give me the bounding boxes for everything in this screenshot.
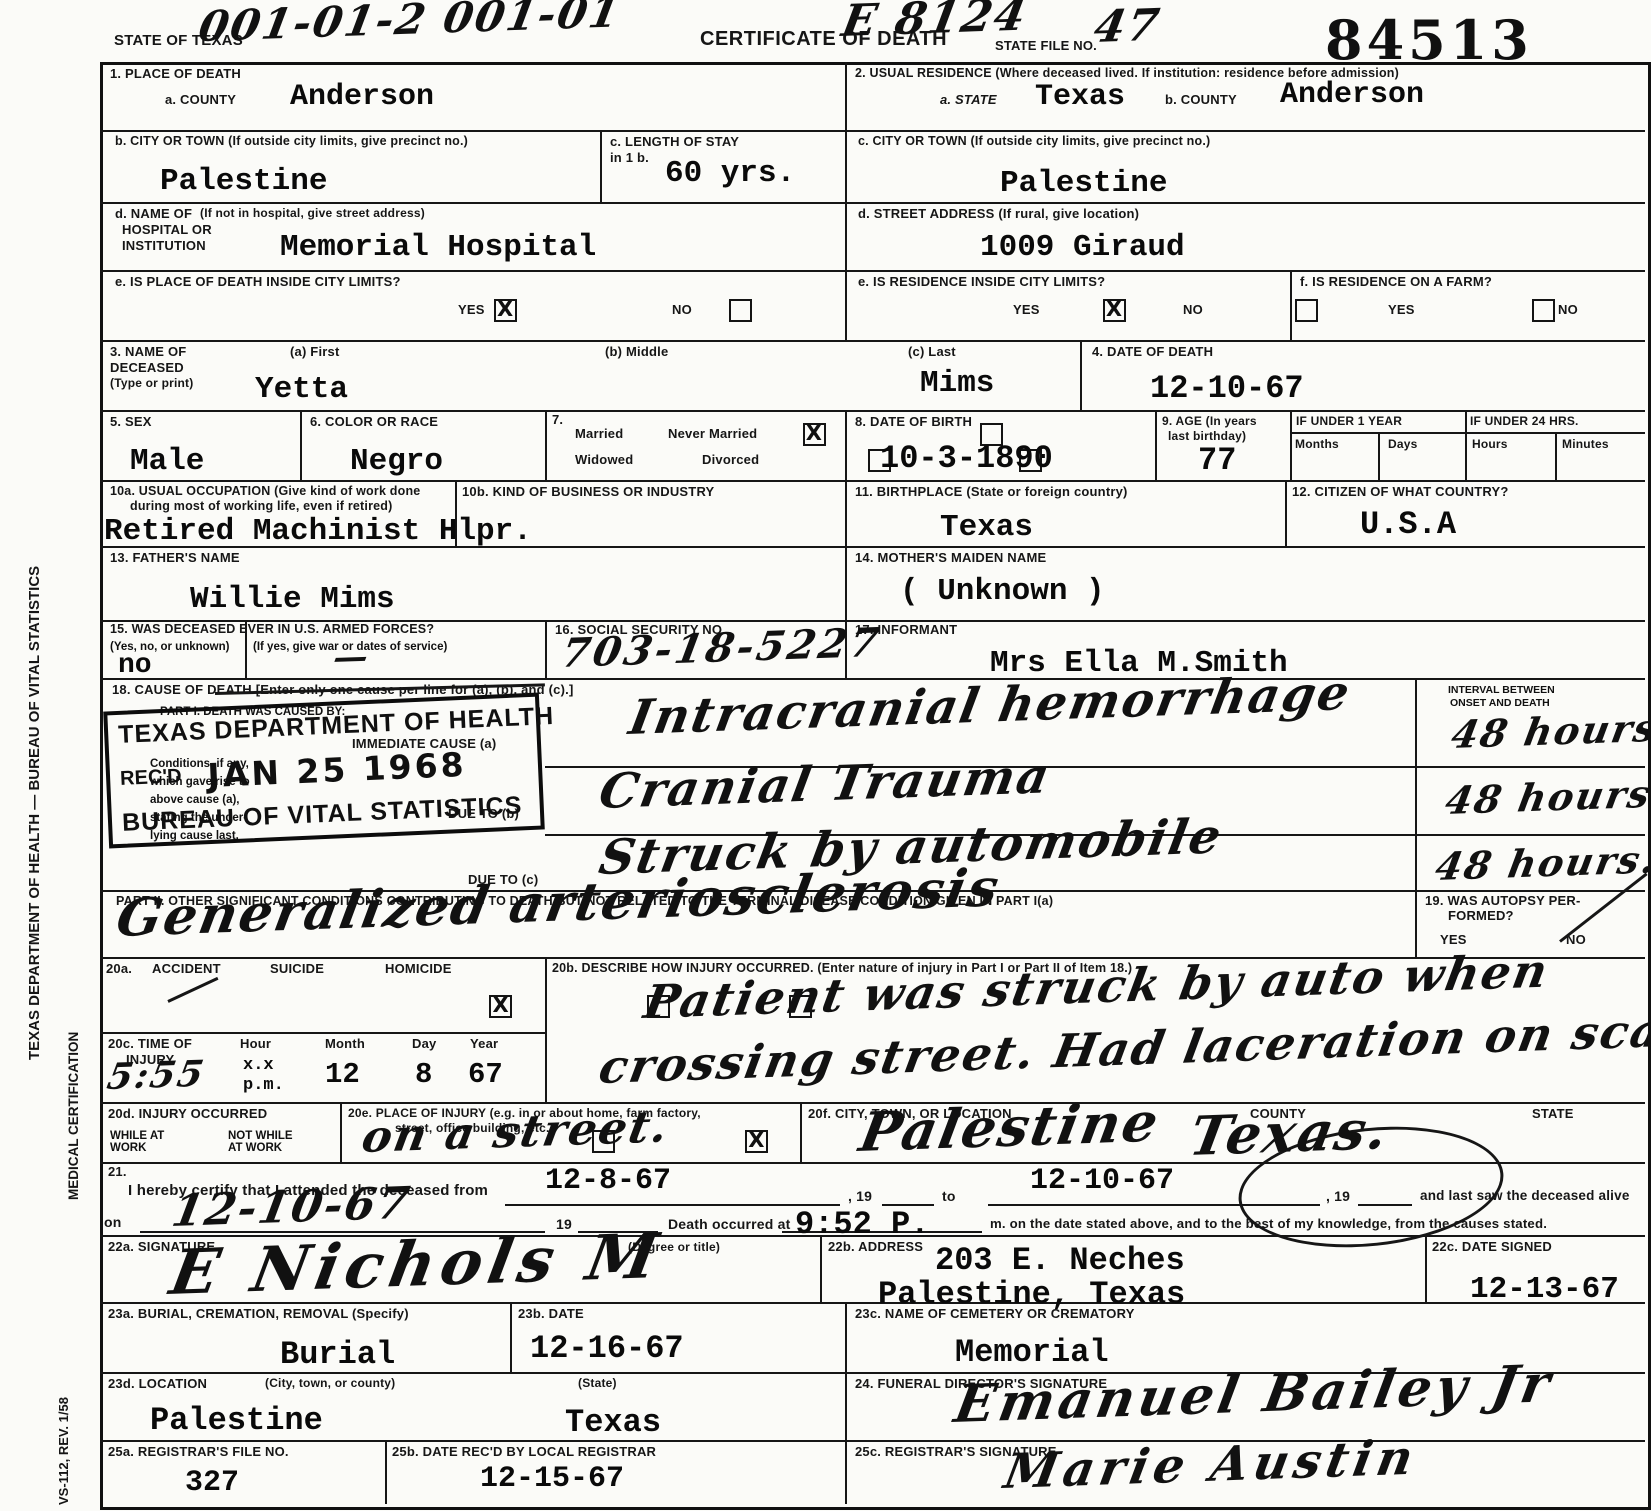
residence-limits-no-checkbox: [1295, 299, 1318, 322]
accident-checkbox: X: [489, 995, 512, 1018]
if-under-1-year-label: IF UNDER 1 YEAR: [1296, 414, 1402, 428]
age-label: 9. AGE (In years: [1162, 414, 1257, 428]
date-of-death-label: 4. DATE OF DEATH: [1092, 344, 1213, 359]
burial-location-label: 23d. LOCATION: [108, 1376, 207, 1391]
stamp-line-1: TEXAS DEPARTMENT OF HEALTH: [118, 703, 527, 750]
day-label: Day: [412, 1036, 436, 1051]
married-label: Married: [575, 426, 623, 441]
margin-department-text: TEXAS DEPARTMENT OF HEALTH — BUREAU OF V…: [26, 180, 43, 1060]
while-at-work-label-2: WORK: [110, 1142, 146, 1154]
stamp-line-2: BUREAU OF VITAL STATISTICS: [121, 791, 530, 838]
occupation-label-2: during most of working life, even if ret…: [130, 499, 393, 513]
autopsy-label-2: FORMED?: [1448, 908, 1514, 923]
registrar-file-value: 327: [185, 1466, 239, 1500]
farm-label: f. IS RESIDENCE ON A FARM?: [1300, 274, 1492, 289]
death-limits-no-checkbox: [729, 299, 752, 322]
injury-state-label: STATE: [1532, 1106, 1574, 1121]
death-certificate: TEXAS DEPARTMENT OF HEALTH — BUREAU OF V…: [0, 0, 1651, 1511]
fathers-name-value: Willie Mims: [190, 582, 395, 617]
burial-label: 23a. BURIAL, CREMATION, REMOVAL (Specify…: [108, 1306, 409, 1321]
death-city-label: b. CITY OR TOWN (If outside city limits,…: [115, 134, 468, 148]
injury-day-value: 8: [415, 1058, 432, 1091]
certify-on: on: [104, 1214, 122, 1230]
time-of-injury-value: 5:55: [104, 1053, 209, 1098]
months-label: Months: [1295, 437, 1339, 451]
mothers-maiden-name-value: ( Unknown ): [900, 574, 1105, 609]
name-of-deceased-label: 3. NAME OF: [110, 344, 186, 359]
farm-yes-label: YES: [1388, 302, 1415, 317]
name-of-deceased-label-2: DECEASED: [110, 360, 184, 375]
residence-limits-yes-checkbox: X: [1103, 299, 1126, 322]
date-signed-value: 12-13-67: [1470, 1272, 1619, 1307]
certify-to: to: [942, 1188, 956, 1204]
residence-state-value: Texas: [1035, 80, 1125, 114]
registrar-file-label: 25a. REGISTRAR'S FILE NO.: [108, 1444, 289, 1459]
not-while-at-work-checkbox: X: [745, 1130, 768, 1153]
burial-location-city-sublabel: (City, town, or county): [265, 1376, 395, 1390]
business-industry-label: 10b. KIND OF BUSINESS OR INDUSTRY: [462, 484, 714, 499]
fathers-name-label: 13. FATHER'S NAME: [110, 550, 240, 565]
divorced-label: Divorced: [702, 452, 759, 467]
hour-label: Hour: [240, 1036, 271, 1051]
registration-codes-handwritten: 001-01-2 001-01: [195, 0, 625, 51]
mothers-maiden-name-label: 14. MOTHER'S MAIDEN NAME: [855, 550, 1046, 565]
suicide-label: SUICIDE: [270, 961, 324, 976]
certify-text-3: Death occurred at: [668, 1216, 790, 1232]
married-checkbox: X: [803, 423, 826, 446]
citizen-label: 12. CITIZEN OF WHAT COUNTRY?: [1292, 484, 1508, 499]
residence-limits-yes-label: YES: [1013, 302, 1040, 317]
residence-city-label: c. CITY OR TOWN (If outside city limits,…: [858, 134, 1210, 148]
burial-location-state-value: Texas: [565, 1404, 661, 1441]
street-address-label: d. STREET ADDRESS (If rural, give locati…: [858, 206, 1139, 221]
address-value-1: 203 E. Neches: [935, 1242, 1185, 1279]
pm-label: p.m.: [243, 1076, 284, 1095]
stamp-date: JAN 25 1968: [207, 745, 468, 795]
am-struck-value: x.x: [243, 1056, 274, 1075]
hospital-name-label: d. NAME OF: [115, 206, 192, 221]
residence-limits-label: e. IS RESIDENCE INSIDE CITY LIMITS?: [858, 274, 1105, 289]
death-limits-no-label: NO: [672, 302, 692, 317]
date-signed-label: 22c. DATE SIGNED: [1432, 1239, 1552, 1254]
not-while-at-work-label-1: NOT WHILE: [228, 1130, 293, 1142]
middle-name-label: (b) Middle: [605, 344, 668, 359]
residence-city-value: Palestine: [1000, 166, 1167, 201]
birthplace-label: 11. BIRTHPLACE (State or foreign country…: [855, 484, 1128, 499]
residence-state-label: a. STATE: [940, 92, 997, 107]
accident-label: ACCIDENT: [152, 961, 221, 976]
burial-location-state-sublabel: (State): [578, 1376, 617, 1390]
certify-number: 21.: [108, 1164, 127, 1179]
occupation-value: Retired Machinist Hlpr.: [104, 514, 532, 549]
injury-month-value: 12: [325, 1058, 360, 1091]
residence-limits-no-label: NO: [1183, 302, 1203, 317]
place-of-death-label: 1. PLACE OF DEATH: [110, 66, 241, 81]
never-married-label: Never Married: [668, 426, 757, 441]
street-address-value: 1009 Giraud: [980, 230, 1185, 265]
interval-a-value: 48 hours: [1448, 705, 1651, 757]
injury-state-value: Texas.: [1185, 1097, 1394, 1168]
if-under-24-hrs-label: IF UNDER 24 HRS.: [1470, 414, 1579, 428]
death-city-value: Palestine: [160, 164, 327, 199]
date-of-birth-value: 10-3-1890: [880, 440, 1053, 477]
birthplace-value: Texas: [940, 510, 1033, 545]
hospital-paren-label: (If not in hospital, give street address…: [200, 206, 425, 220]
stamp-recd-label: REC'D: [120, 765, 182, 791]
attended-from-date: 12-8-67: [545, 1164, 671, 1198]
death-limits-yes-label: YES: [458, 302, 485, 317]
month-label: Month: [325, 1036, 365, 1051]
age-value: 77: [1198, 442, 1236, 479]
hours-label: Hours: [1472, 437, 1508, 451]
interval-label-2: ONSET AND DEATH: [1450, 697, 1550, 709]
attended-to-date: 12-10-67: [1030, 1164, 1174, 1198]
autopsy-label-1: 19. WAS AUTOPSY PER-: [1425, 893, 1580, 908]
citizen-value: U.S.A: [1360, 506, 1456, 543]
death-time-value: 9:52 P.: [795, 1206, 929, 1243]
death-city-limits-label: e. IS PLACE OF DEATH INSIDE CITY LIMITS?: [115, 274, 401, 289]
hospital-name-label-2: HOSPITAL OR: [122, 222, 212, 237]
homicide-label: HOMICIDE: [385, 961, 452, 976]
sex-value: Male: [130, 444, 204, 479]
date-recd-value: 12-15-67: [480, 1462, 624, 1496]
not-while-at-work-label-2: AT WORK: [228, 1142, 282, 1154]
time-of-injury-label: 20c. TIME OF: [108, 1036, 192, 1051]
while-at-work-label-1: WHILE AT: [110, 1130, 164, 1142]
color-race-label: 6. COLOR OR RACE: [310, 414, 438, 429]
residence-county-value: Anderson: [1280, 78, 1424, 112]
cemetery-value: Memorial: [955, 1334, 1109, 1371]
injury-occurred-label: 20d. INJURY OCCURRED: [108, 1106, 267, 1121]
length-of-stay-value: 60 yrs.: [665, 156, 795, 191]
burial-location-city-value: Palestine: [150, 1402, 323, 1439]
hospital-name-label-3: INSTITUTION: [122, 238, 206, 253]
sex-label: 5. SEX: [110, 414, 152, 429]
age-label-2: last birthday): [1168, 429, 1246, 443]
burial-value: Burial: [280, 1336, 395, 1373]
county-label: a. COUNTY: [165, 92, 236, 107]
minutes-label: Minutes: [1562, 437, 1609, 451]
length-of-stay-sublabel: in 1 b.: [610, 150, 649, 165]
state-file-no-label: STATE FILE NO.: [995, 38, 1097, 53]
last-name-label: (c) Last: [908, 344, 956, 359]
armed-forces-value: no: [118, 650, 152, 681]
armed-forces-label: 15. WAS DECEASED EVER IN U.S. ARMED FORC…: [110, 622, 434, 636]
county-value: Anderson: [290, 80, 434, 114]
name-of-deceased-label-3: (Type or print): [110, 376, 193, 390]
margin-medical-certification-text: MEDICAL CERTIFICATION: [66, 900, 81, 1200]
received-stamp: TEXAS DEPARTMENT OF HEALTH REC'D JAN 25 …: [103, 693, 545, 849]
color-race-value: Negro: [350, 444, 443, 479]
farm-no-label: NO: [1558, 302, 1578, 317]
death-limits-yes-checkbox: X: [494, 299, 517, 322]
days-label: Days: [1388, 437, 1418, 451]
first-name-label: (a) First: [290, 344, 339, 359]
injury-year-value: 67: [468, 1058, 503, 1091]
marital-status-label: 7.: [552, 412, 563, 427]
residence-county-label: b. COUNTY: [1165, 92, 1237, 107]
manner-label: 20a.: [106, 961, 132, 976]
first-name-value: Yetta: [255, 372, 348, 407]
date-of-death-value: 12-10-67: [1150, 370, 1304, 407]
farm-yes-checkbox: [1532, 299, 1555, 322]
hospital-value: Memorial Hospital: [280, 230, 596, 265]
widowed-label: Widowed: [575, 452, 633, 467]
date-of-birth-label: 8. DATE OF BIRTH: [855, 414, 972, 429]
date-recd-label: 25b. DATE REC'D BY LOCAL REGISTRAR: [392, 1444, 656, 1459]
interval-c-value: 48 hours.: [1432, 836, 1651, 889]
injury-city-value: Palestine: [855, 1090, 1165, 1164]
cemetery-label: 23c. NAME OF CEMETERY OR CREMATORY: [855, 1306, 1135, 1321]
autopsy-yes-label: YES: [1440, 932, 1467, 947]
occupation-label: 10a. USUAL OCCUPATION (Give kind of work…: [110, 484, 420, 498]
last-name-value: Mims: [920, 366, 994, 401]
margin-form-number: VS-112, REV. 1/58: [56, 1315, 71, 1505]
certify-19-1: , 19: [848, 1188, 872, 1204]
interval-label-1: INTERVAL BETWEEN: [1448, 684, 1555, 696]
interval-b-value: 48 hours: [1442, 771, 1651, 823]
year-label: Year: [470, 1036, 498, 1051]
armed-forces-dash: —: [330, 637, 373, 678]
burial-date-value: 12-16-67: [530, 1330, 684, 1367]
burial-date-label: 23b. DATE: [518, 1306, 584, 1321]
length-of-stay-label: c. LENGTH OF STAY: [610, 134, 739, 149]
file-number-handwritten-2: 47: [1090, 0, 1165, 53]
